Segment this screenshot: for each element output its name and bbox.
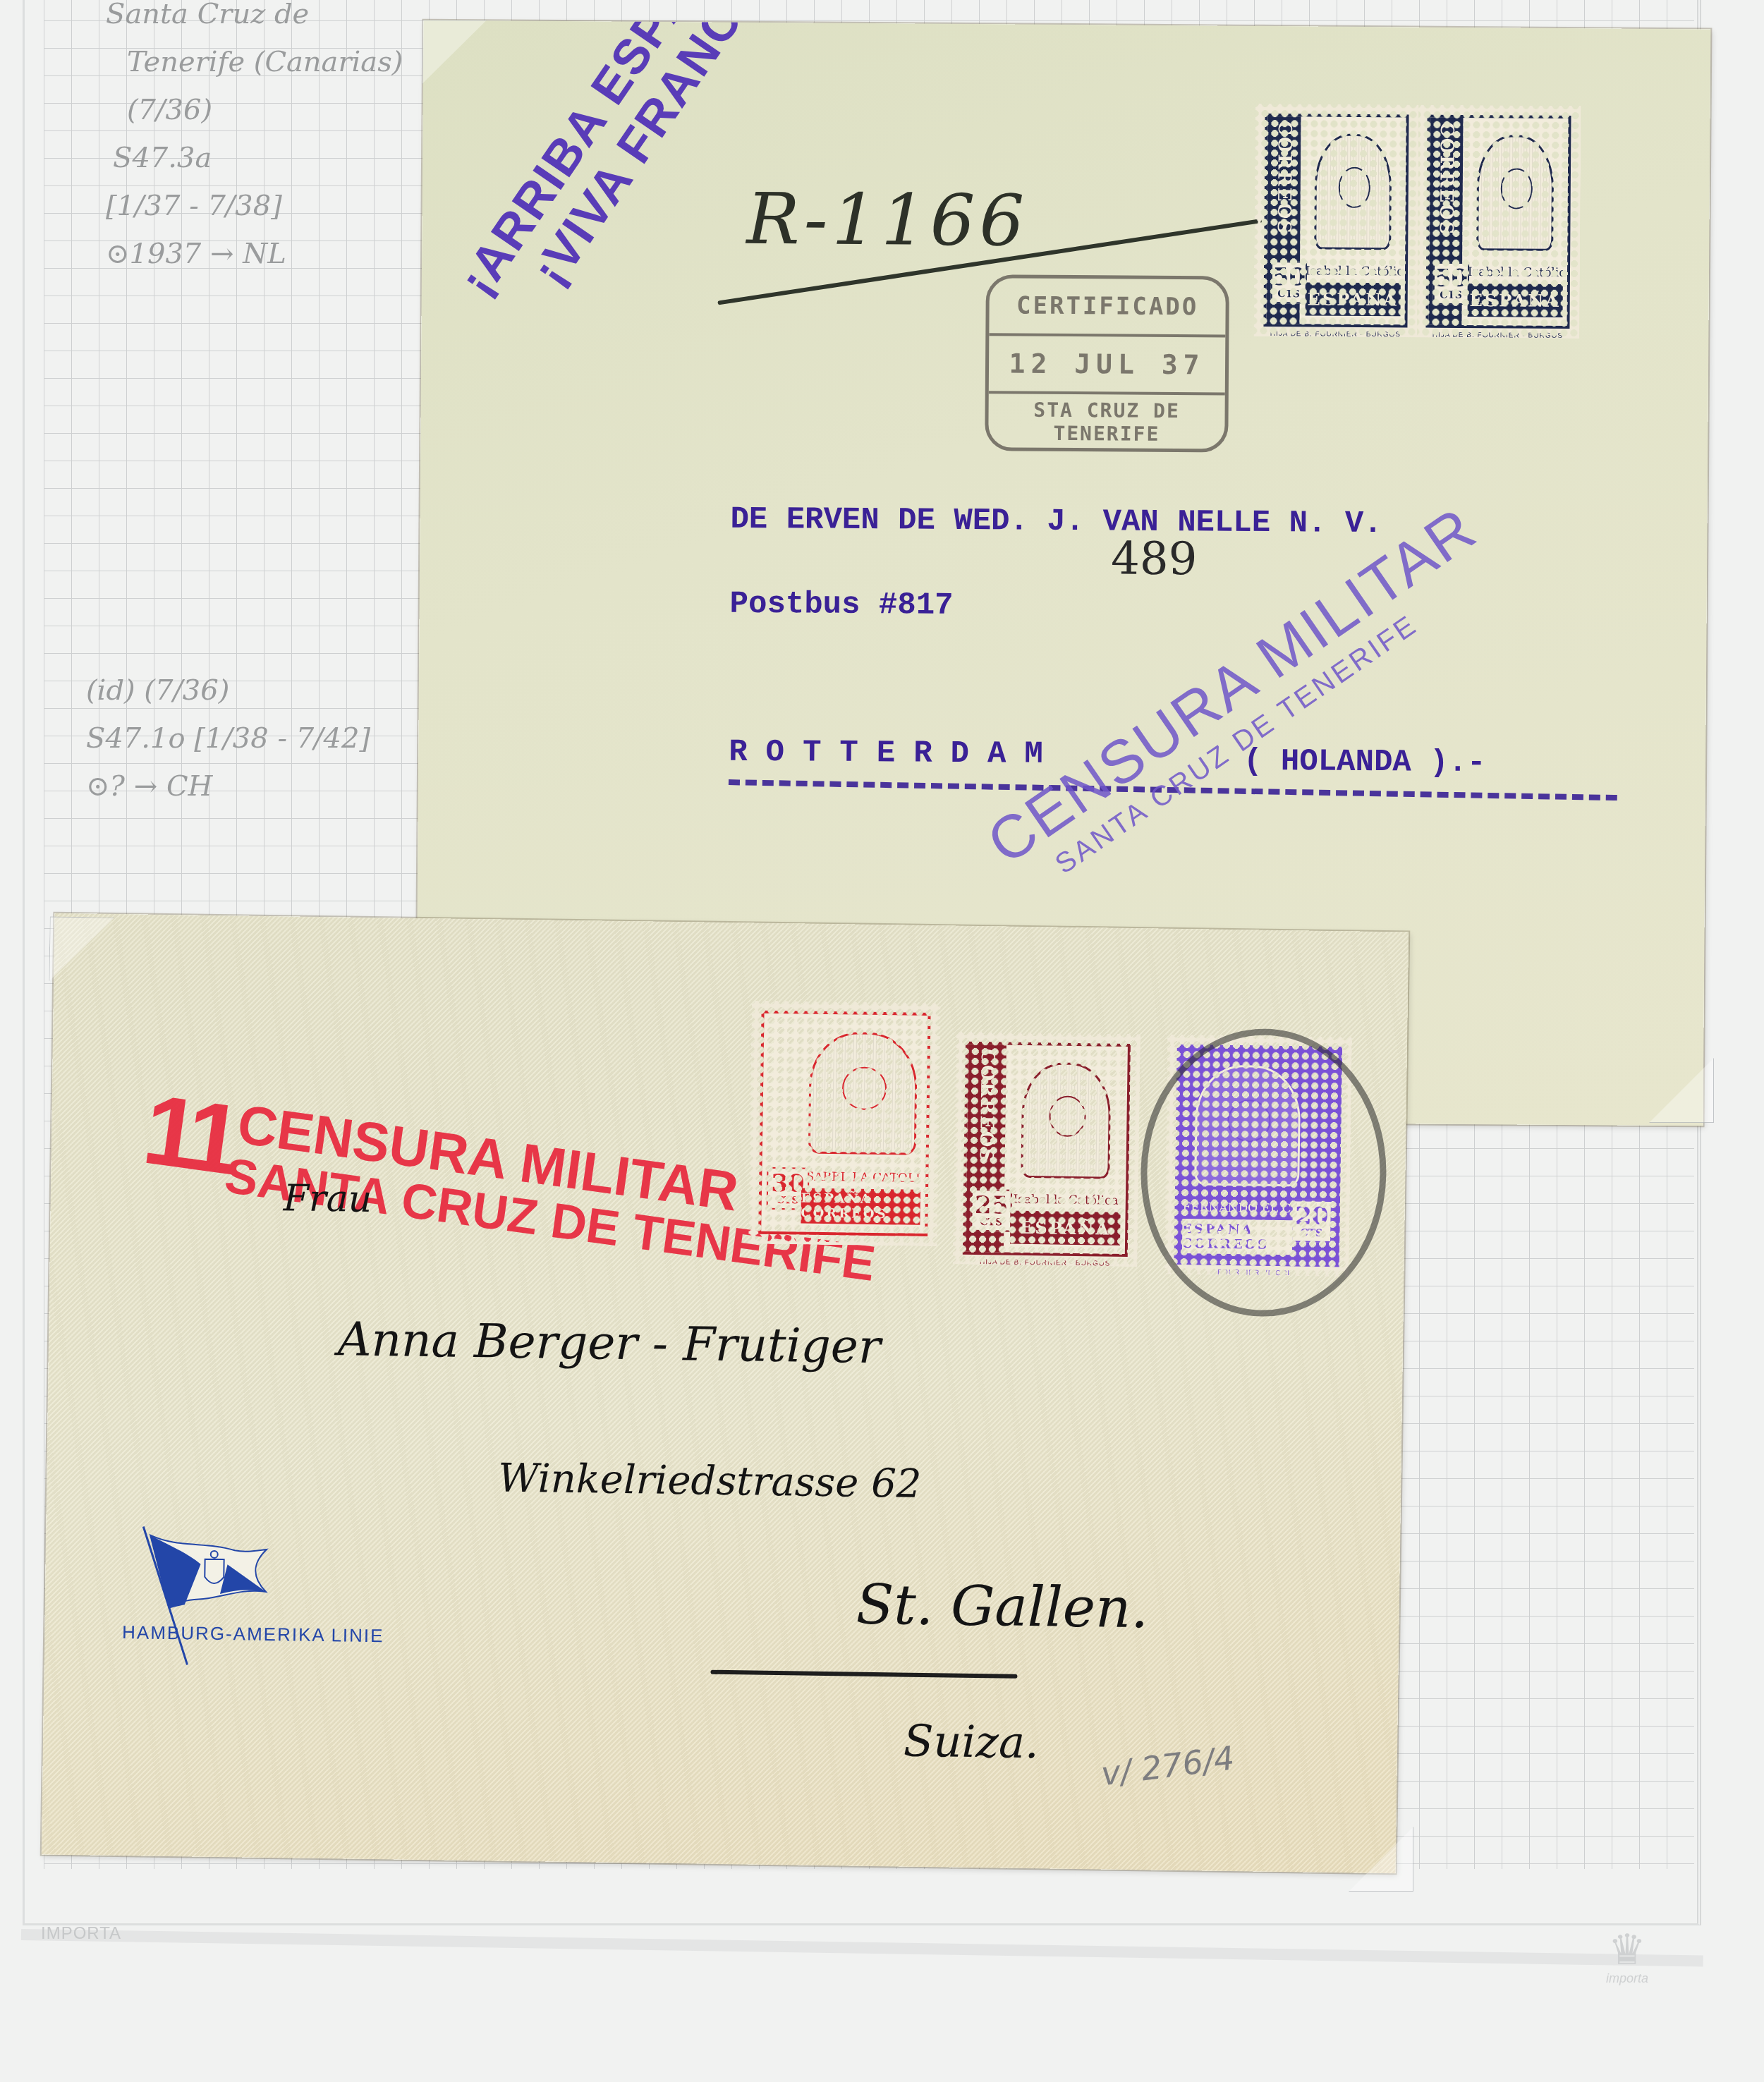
stamp-country: ESPAÑA CORREOS xyxy=(801,1188,920,1225)
crown-icon: ♛ xyxy=(1602,1929,1652,1971)
address-name: Anna Berger - Frutiger xyxy=(337,1312,881,1374)
portrait-icon xyxy=(808,1031,918,1155)
address-line-1: DE ERVEN DE WED. J. VAN NELLE N. V. xyxy=(730,502,1382,542)
stamp-printer: HIJA DE B. FOURNIER - BURGOS xyxy=(953,1258,1138,1268)
address-country: Suiza. xyxy=(904,1715,1040,1769)
pencil-note: ⊙1937 → NL xyxy=(106,230,403,278)
pencil-notes-middle: (id) (7/36) S47.1o [1/38 - 7/42] ⊙? → CH xyxy=(86,666,370,810)
address-country: ( HOLANDA ).- xyxy=(1243,744,1486,781)
pencil-notes-top: Santa Cruz de Tenerife (Canarias) (7/36)… xyxy=(106,0,403,278)
portrait-icon xyxy=(1476,135,1555,251)
portrait-icon xyxy=(1021,1061,1112,1179)
envelope-st-gallen[interactable]: 11 CENSURA MILITAR SANTA CRUZ DE TENERIF… xyxy=(42,913,1409,1874)
stamp-printer: HIJA DE B. FOURNIER - BURGOS xyxy=(1253,330,1417,339)
hapag-company-name: HAMBURG-AMERIKA LINIE xyxy=(122,1621,384,1647)
stamp-25-isabel[interactable]: CORREOS Isabel la Católica 25CTS ESPAÑA … xyxy=(953,1032,1141,1267)
pencil-note: S47.1o [1/38 - 7/42] xyxy=(86,714,370,762)
pencil-note: ⊙? → CH xyxy=(86,762,370,810)
stamp-country: ESPAÑA xyxy=(1305,283,1401,317)
stamp-caption: Isabel la Católica xyxy=(1011,1193,1121,1208)
stamp-50-isabel-1[interactable]: CORREOS Isabel la Católica 50CTS ESPAÑA … xyxy=(1253,104,1418,338)
stamp-value: 25CTS xyxy=(971,1188,1012,1231)
pencil-reference: v/ 276/4 xyxy=(1099,1739,1236,1793)
stamp-value: 50CTS xyxy=(1433,262,1469,304)
address-salutation: Frau xyxy=(283,1177,372,1221)
importa-brand-label: IMPORTA xyxy=(41,1924,121,1944)
address-underline xyxy=(710,1670,1017,1679)
album-page-bottom-rule xyxy=(21,1929,1703,1966)
stamp-caption: Isabel la Católica xyxy=(1306,264,1401,279)
certificado-cancel: CERTIFICADO 12 JUL 37 STA CRUZ DE TENERI… xyxy=(985,274,1229,452)
address-city: St. Gallen. xyxy=(856,1573,1148,1641)
stamp-printer: HIJA DE B. FOURNIER - BURGOS xyxy=(1416,331,1579,340)
stamp-country: ESPAÑA xyxy=(1010,1211,1121,1246)
postmark-cancel xyxy=(1139,1027,1389,1318)
stamp-caption: Isabel la Católica xyxy=(1468,265,1563,280)
cancel-office: STA CRUZ DE TENERIFE xyxy=(988,394,1225,450)
pencil-note: (id) (7/36) xyxy=(86,666,370,714)
portrait-icon xyxy=(1314,133,1392,250)
stamp-value: 50CTS xyxy=(1271,261,1307,303)
stamp-caption: ISABEL LA CATOLICA xyxy=(801,1170,921,1186)
pencil-note: [1/37 - 7/38] xyxy=(106,182,403,230)
pencil-note: S47.3a xyxy=(113,134,403,182)
stamp-country: ESPAÑA xyxy=(1467,284,1563,317)
censor-mark-purple: CENSURA MILITAR SANTA CRUZ DE TENERIFE xyxy=(975,494,1508,905)
cancel-line-1: CERTIFICADO xyxy=(989,278,1226,337)
stamp-30-isabel[interactable]: ISABEL LA CATOLICA 30CTS ESPAÑA CORREOS xyxy=(748,1000,941,1246)
address-street: Winkelriedstrasse 62 xyxy=(498,1456,922,1507)
pencil-note: (7/36) xyxy=(127,86,403,134)
pencil-note: Tenerife (Canarias) xyxy=(127,38,403,86)
importa-crown-logo: ♛ importa xyxy=(1602,1929,1652,2007)
counter-number: 489 xyxy=(1111,532,1198,585)
address-postbus: Postbus #817 xyxy=(730,587,954,623)
address-city: ROTTERDAM xyxy=(729,735,1062,772)
pencil-note: Santa Cruz de xyxy=(106,0,403,38)
hapag-flag-logo xyxy=(127,1519,270,1669)
registration-number: R-1166 xyxy=(746,178,1028,262)
importa-logo-word: importa xyxy=(1602,1971,1652,1986)
stamp-50-isabel-2[interactable]: CORREOS Isabel la Católica 50CTS ESPAÑA … xyxy=(1416,104,1581,339)
cancel-date: 12 JUL 37 xyxy=(989,336,1226,395)
censor-number: 11 xyxy=(138,1080,241,1190)
